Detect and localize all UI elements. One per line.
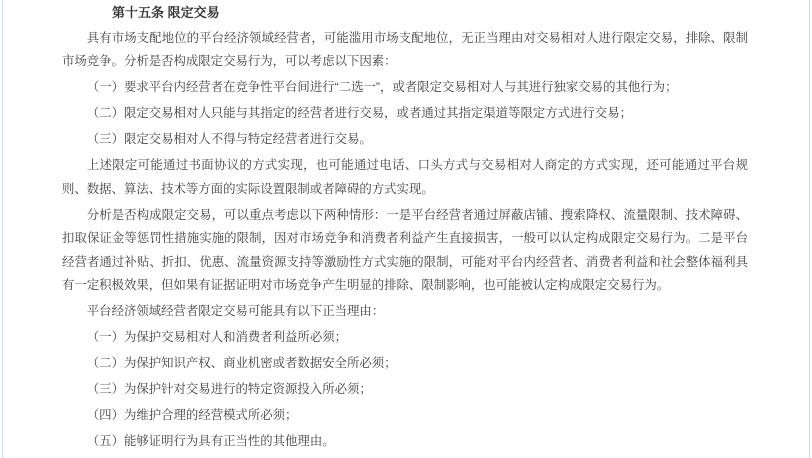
paragraph: 具有市场支配地位的平台经济领域经营者，可能滥用市场支配地位，无正当理由对交易相对… xyxy=(62,27,748,74)
paragraph: 分析是否构成限定交易，可以重点考虑以下两种情形：一是平台经营者通过屏蔽店铺、搜索… xyxy=(62,204,748,298)
document-body: 第十五条 限定交易 具有市场支配地位的平台经济领域经营者，可能滥用市场支配地位，… xyxy=(62,1,748,456)
paragraph-list: 具有市场支配地位的平台经济领域经营者，可能滥用市场支配地位，无正当理由对交易相对… xyxy=(62,27,748,454)
paragraph: （一）为保护交易相对人和消费者利益所必须； xyxy=(62,326,748,350)
paragraph: （二）为保护知识产权、商业机密或者数据安全所必须； xyxy=(62,352,748,376)
paragraph: （五）能够证明行为具有正当性的其他理由。 xyxy=(62,430,748,454)
right-edge-divider xyxy=(809,0,810,458)
paragraph: （一）要求平台内经营者在竞争性平台间进行“二选一”，或者限定交易相对人与其进行独… xyxy=(62,76,748,100)
paragraph: （三）限定交易相对人不得与特定经营者进行交易。 xyxy=(62,128,748,152)
article-title: 第十五条 限定交易 xyxy=(62,1,748,25)
paragraph: （四）为维护合理的经营模式所必须； xyxy=(62,404,748,428)
paragraph: （三）为保护针对交易进行的特定资源投入所必须； xyxy=(62,378,748,402)
left-edge-divider xyxy=(2,0,3,458)
paragraph: （二）限定交易相对人只能与其指定的经营者进行交易，或者通过其指定渠道等限定方式进… xyxy=(62,102,748,126)
paragraph: 平台经济领域经营者限定交易可能具有以下正当理由： xyxy=(62,300,748,324)
paragraph: 上述限定可能通过书面协议的方式实现，也可能通过电话、口头方式与交易相对人商定的方… xyxy=(62,154,748,201)
